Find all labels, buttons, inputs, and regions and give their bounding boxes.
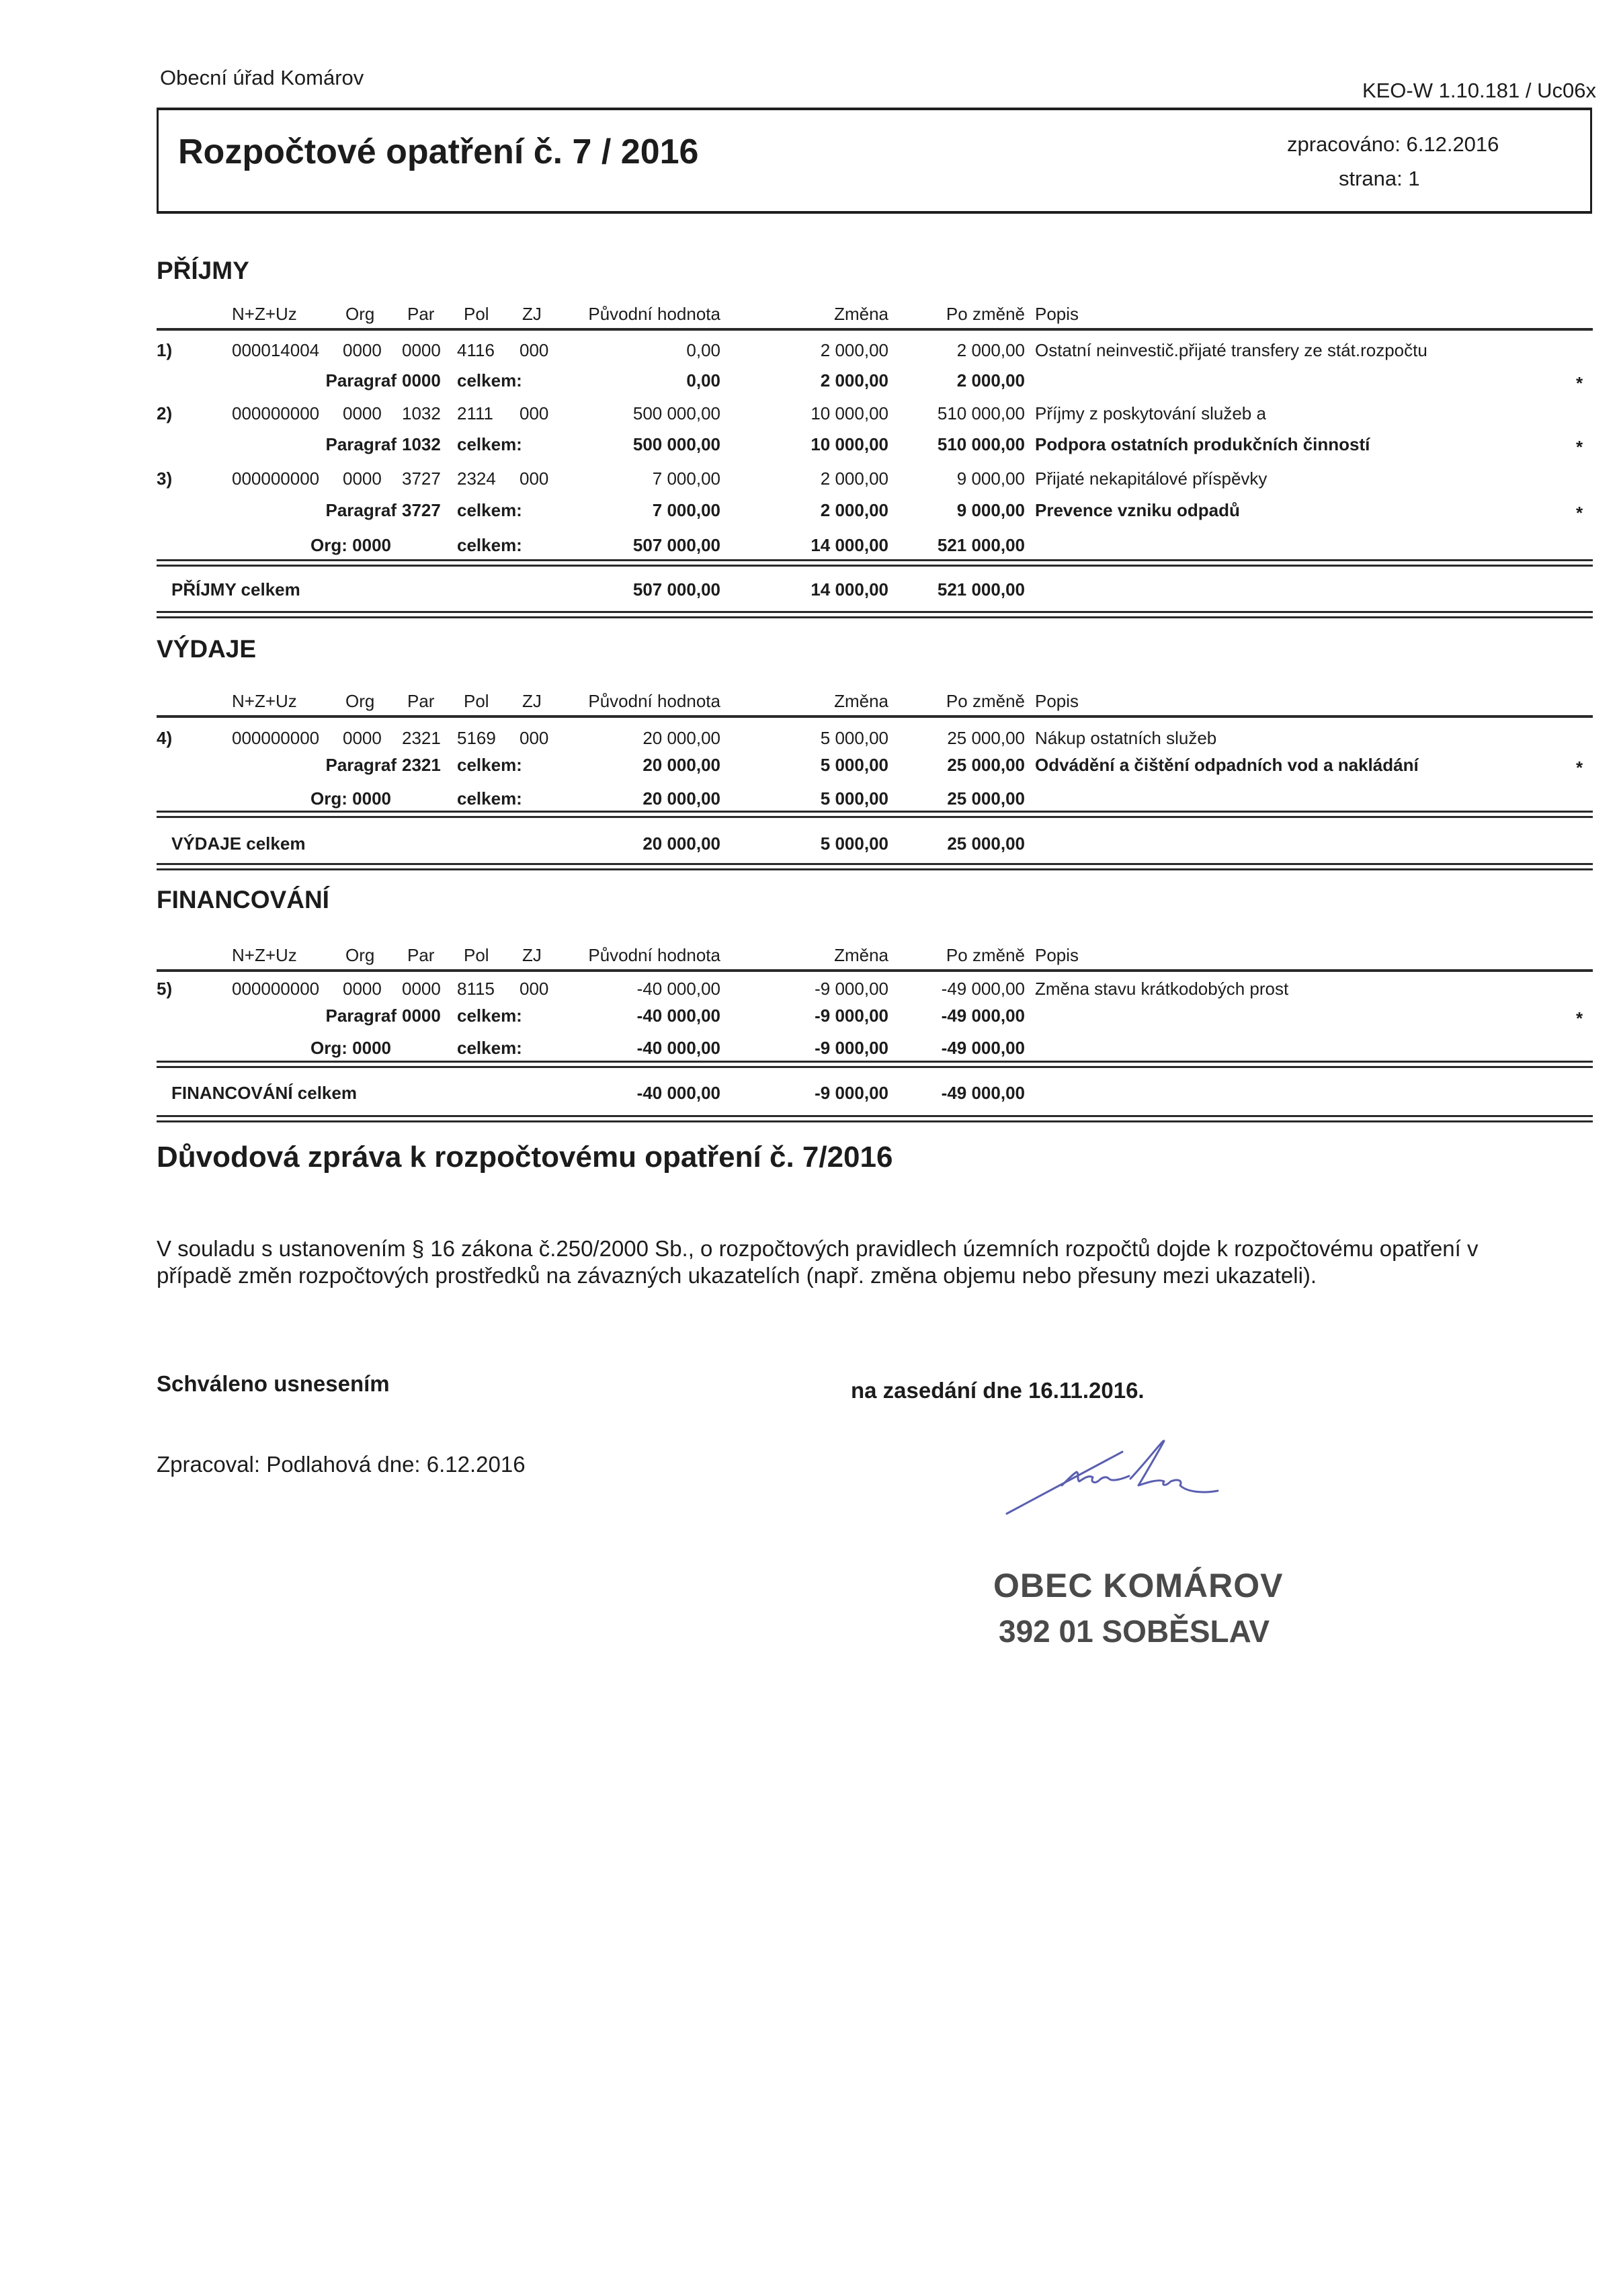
column-header-original: Původní hodnota	[588, 945, 720, 966]
cell-nzuz: 000014004	[232, 340, 319, 361]
section-heading: PŘÍJMY	[157, 257, 249, 285]
cell-nzuz: 000000000	[232, 979, 319, 999]
organization-name: Obecní úřad Komárov	[160, 66, 364, 90]
cell-after: 510 000,00	[938, 403, 1025, 424]
cell-after: 9 000,00	[957, 468, 1025, 489]
double-rule-bottom	[157, 868, 1593, 870]
section-total-original: 20 000,00	[642, 833, 720, 854]
paragraph-original: 7 000,00	[653, 500, 720, 521]
paragraph-after: 9 000,00	[957, 500, 1025, 521]
column-header-original: Původní hodnota	[588, 304, 720, 325]
column-header-org: Org	[345, 945, 374, 966]
cell-description: Změna stavu krátkodobých prost	[1035, 979, 1288, 999]
reason-paragraph: V souladu s ustanovením § 16 zákona č.25…	[157, 1235, 1541, 1289]
column-header-original: Původní hodnota	[588, 691, 720, 712]
paragraph-description: Prevence vzniku odpadů	[1035, 500, 1240, 521]
org-total-celkem: celkem:	[457, 1038, 522, 1059]
row-number: 5)	[157, 979, 172, 999]
column-header-change: Změna	[834, 691, 888, 712]
column-header-par: Par	[407, 304, 434, 325]
stamp-line-2: 392 01 SOBĚSLAV	[999, 1613, 1270, 1649]
approved-label: Schváleno usnesením	[157, 1371, 390, 1397]
double-rule-bottom	[157, 1066, 1593, 1068]
cell-original: 20 000,00	[642, 728, 720, 749]
cell-change: -9 000,00	[815, 979, 888, 999]
cell-pol: 4116	[457, 340, 495, 361]
header-rule	[157, 715, 1593, 718]
cell-par: 0000	[402, 979, 441, 999]
org-total-original: -40 000,00	[637, 1038, 720, 1059]
cell-original: 0,00	[686, 340, 720, 361]
column-header-org: Org	[345, 304, 374, 325]
column-header-pol: Pol	[464, 304, 489, 325]
column-header-change: Změna	[834, 304, 888, 325]
header-rule	[157, 969, 1593, 972]
org-total-change: 14 000,00	[811, 535, 888, 556]
processed-date: zpracováno: 6.12.2016	[1287, 132, 1499, 157]
cell-pol: 8115	[457, 979, 495, 999]
paragraph-label: Paragraf	[326, 434, 397, 455]
paragraph-code: 1032	[402, 434, 441, 455]
row-number: 2)	[157, 403, 172, 424]
cell-zj: 000	[520, 728, 548, 749]
paragraph-code: 2321	[402, 755, 441, 776]
section-total-change: 5 000,00	[821, 833, 888, 854]
column-header-nzuz: N+Z+Uz	[232, 304, 297, 325]
cell-after: 25 000,00	[947, 728, 1025, 749]
section-total-label: FINANCOVÁNÍ celkem	[171, 1083, 357, 1104]
cell-par: 0000	[402, 340, 441, 361]
cell-pol: 2111	[457, 403, 493, 424]
section-total-change: 14 000,00	[811, 579, 888, 600]
cell-original: 500 000,00	[633, 403, 720, 424]
section-total-label: PŘÍJMY celkem	[171, 579, 300, 600]
paragraph-description: Podpora ostatních produkčních činností	[1035, 434, 1370, 455]
paragraph-star: *	[1576, 373, 1583, 394]
cell-original: 7 000,00	[653, 468, 720, 489]
column-header-par: Par	[407, 691, 434, 712]
paragraph-change: -9 000,00	[815, 1006, 888, 1026]
section-total-after: 521 000,00	[938, 579, 1025, 600]
column-header-after: Po změně	[946, 945, 1025, 966]
stamp-line-1: OBEC KOMÁROV	[993, 1566, 1283, 1605]
double-rule-bottom	[157, 616, 1593, 618]
cell-org: 0000	[343, 728, 382, 749]
cell-change: 5 000,00	[821, 728, 888, 749]
double-rule-top	[157, 1115, 1593, 1117]
paragraph-change: 2 000,00	[821, 500, 888, 521]
double-rule-bottom	[157, 1120, 1593, 1122]
cell-par: 2321	[402, 728, 441, 749]
org-total-after: -49 000,00	[942, 1038, 1025, 1059]
cell-nzuz: 000000000	[232, 403, 319, 424]
paragraph-code: 3727	[402, 500, 441, 521]
meeting-date: na zasedání dne 16.11.2016.	[851, 1378, 1145, 1403]
org-total-after: 521 000,00	[938, 535, 1025, 556]
double-rule-bottom	[157, 565, 1593, 567]
header-rule	[157, 328, 1593, 331]
cell-pol: 5169	[457, 728, 496, 749]
paragraph-celkem: celkem:	[457, 500, 522, 521]
cell-after: 2 000,00	[957, 340, 1025, 361]
page-number: strana: 1	[1339, 167, 1420, 191]
double-rule-bottom	[157, 816, 1593, 818]
cell-description: Nákup ostatních služeb	[1035, 728, 1216, 749]
org-total-change: -9 000,00	[815, 1038, 888, 1059]
signature-icon	[988, 1432, 1270, 1526]
paragraph-after: -49 000,00	[942, 1006, 1025, 1026]
org-total-celkem: celkem:	[457, 788, 522, 809]
paragraph-label: Paragraf	[326, 500, 397, 521]
paragraph-after: 2 000,00	[957, 370, 1025, 391]
org-total-original: 507 000,00	[633, 535, 720, 556]
cell-zj: 000	[520, 468, 548, 489]
cell-nzuz: 000000000	[232, 728, 319, 749]
column-header-pol: Pol	[464, 945, 489, 966]
paragraph-code: 0000	[402, 1006, 441, 1026]
cell-change: 10 000,00	[811, 403, 888, 424]
column-header-description: Popis	[1035, 691, 1079, 712]
cell-after: -49 000,00	[942, 979, 1025, 999]
cell-nzuz: 000000000	[232, 468, 319, 489]
paragraph-celkem: celkem:	[457, 434, 522, 455]
column-header-after: Po změně	[946, 304, 1025, 325]
cell-pol: 2324	[457, 468, 496, 489]
cell-change: 2 000,00	[821, 468, 888, 489]
software-code: KEO-W 1.10.181 / Uc06x	[1362, 79, 1596, 103]
org-total-label: Org: 0000	[310, 788, 391, 809]
row-number: 1)	[157, 340, 172, 361]
column-header-zj: ZJ	[522, 691, 542, 712]
paragraph-celkem: celkem:	[457, 1006, 522, 1026]
column-header-description: Popis	[1035, 304, 1079, 325]
paragraph-label: Paragraf	[326, 370, 397, 391]
cell-zj: 000	[520, 403, 548, 424]
cell-zj: 000	[520, 340, 548, 361]
paragraph-original: -40 000,00	[637, 1006, 720, 1026]
row-number: 4)	[157, 728, 172, 749]
cell-org: 0000	[343, 979, 382, 999]
paragraph-label: Paragraf	[326, 755, 397, 776]
column-header-org: Org	[345, 691, 374, 712]
column-header-nzuz: N+Z+Uz	[232, 945, 297, 966]
cell-org: 0000	[343, 340, 382, 361]
double-rule-top	[157, 1061, 1593, 1063]
paragraph-change: 5 000,00	[821, 755, 888, 776]
section-total-after: -49 000,00	[942, 1083, 1025, 1104]
column-header-zj: ZJ	[522, 945, 542, 966]
paragraph-after: 510 000,00	[938, 434, 1025, 455]
org-total-change: 5 000,00	[821, 788, 888, 809]
paragraph-description: Odvádění a čištění odpadních vod a naklá…	[1035, 755, 1419, 776]
section-total-label: VÝDAJE celkem	[171, 833, 305, 854]
org-total-label: Org: 0000	[310, 1038, 391, 1059]
cell-org: 0000	[343, 468, 382, 489]
prepared-by: Zpracoval: Podlahová dne: 6.12.2016	[157, 1452, 526, 1477]
section-total-change: -9 000,00	[815, 1083, 888, 1104]
cell-description: Ostatní neinvestič.přijaté transfery ze …	[1035, 340, 1427, 361]
paragraph-star: *	[1576, 757, 1583, 778]
section-total-after: 25 000,00	[947, 833, 1025, 854]
paragraph-original: 500 000,00	[633, 434, 720, 455]
cell-description: Příjmy z poskytování služeb a	[1035, 403, 1266, 424]
org-total-label: Org: 0000	[310, 535, 391, 556]
column-header-description: Popis	[1035, 945, 1079, 966]
section-total-original: -40 000,00	[637, 1083, 720, 1104]
cell-description: Přijaté nekapitálové příspěvky	[1035, 468, 1267, 489]
document-title: Rozpočtové opatření č. 7 / 2016	[178, 132, 698, 172]
paragraph-original: 0,00	[686, 370, 720, 391]
column-header-zj: ZJ	[522, 304, 542, 325]
double-rule-top	[157, 863, 1593, 865]
paragraph-label: Paragraf	[326, 1006, 397, 1026]
cell-original: -40 000,00	[637, 979, 720, 999]
paragraph-celkem: celkem:	[457, 755, 522, 776]
paragraph-celkem: celkem:	[457, 370, 522, 391]
column-header-change: Změna	[834, 945, 888, 966]
cell-par: 3727	[402, 468, 441, 489]
cell-org: 0000	[343, 403, 382, 424]
section-heading: VÝDAJE	[157, 635, 256, 663]
paragraph-original: 20 000,00	[642, 755, 720, 776]
org-total-after: 25 000,00	[947, 788, 1025, 809]
column-header-pol: Pol	[464, 691, 489, 712]
paragraph-change: 2 000,00	[821, 370, 888, 391]
section-total-original: 507 000,00	[633, 579, 720, 600]
reason-heading: Důvodová zpráva k rozpočtovému opatření …	[157, 1141, 892, 1174]
cell-par: 1032	[402, 403, 441, 424]
cell-zj: 000	[520, 979, 548, 999]
cell-change: 2 000,00	[821, 340, 888, 361]
row-number: 3)	[157, 468, 172, 489]
org-total-original: 20 000,00	[642, 788, 720, 809]
org-total-celkem: celkem:	[457, 535, 522, 556]
paragraph-star: *	[1576, 437, 1583, 458]
paragraph-star: *	[1576, 503, 1583, 524]
column-header-nzuz: N+Z+Uz	[232, 691, 297, 712]
double-rule-top	[157, 811, 1593, 813]
double-rule-top	[157, 611, 1593, 613]
paragraph-change: 10 000,00	[811, 434, 888, 455]
double-rule-top	[157, 559, 1593, 561]
column-header-par: Par	[407, 945, 434, 966]
column-header-after: Po změně	[946, 691, 1025, 712]
paragraph-code: 0000	[402, 370, 441, 391]
section-heading: FINANCOVÁNÍ	[157, 886, 329, 914]
paragraph-star: *	[1576, 1008, 1583, 1029]
paragraph-after: 25 000,00	[947, 755, 1025, 776]
